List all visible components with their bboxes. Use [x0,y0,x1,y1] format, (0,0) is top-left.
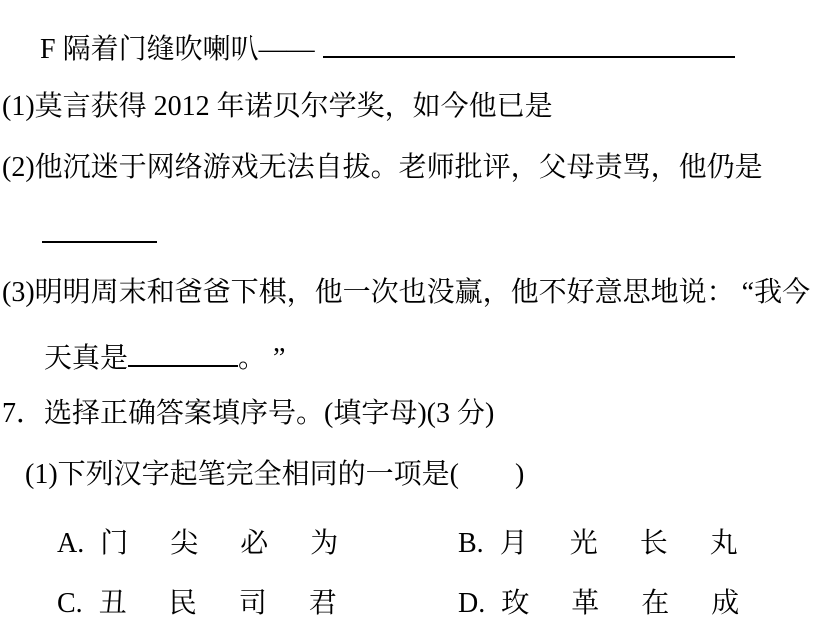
question-2: (2)他沉迷于网络游戏无法自拔。老师批评，父母责骂，他仍是 [0,151,833,185]
option-b-characters: 月 光 长 丸 [500,528,745,559]
question-7-heading-text: 7．选择正确答案填序号。(填字母)(3 分) [2,398,494,429]
question-2-blank-line [42,213,157,243]
option-c: C.丑 民 司 君 [57,587,344,621]
option-c-characters: 丑 民 司 君 [99,588,344,619]
question-3-blank-line [128,337,238,367]
question-3-text-line-1: (3)明明周末和爸爸下棋，他一次也没赢，他不好意思地说： “我今 [2,277,810,308]
options-row-cd: C.丑 民 司 君 D.玫 革 在 成 [0,587,833,621]
idiom-f-blank-line [323,28,735,58]
option-b: B.月 光 长 丸 [458,527,745,561]
option-c-label: C. [57,588,83,619]
question-3-line-1: (3)明明周末和爸爸下棋，他一次也没赢，他不好意思地说： “我今 [0,276,833,310]
question-3-text-suffix: 。 ” [238,343,285,374]
question-2-text: (2)他沉迷于网络游戏无法自拔。老师批评，父母责骂，他仍是 [2,152,763,183]
question-2-blank-row [0,213,833,252]
option-d: D.玫 革 在 成 [458,587,746,621]
question-7-heading: 7．选择正确答案填序号。(填字母)(3 分) [0,397,833,431]
question-7-item-1: (1)下列汉字起笔完全相同的一项是( ) [0,458,833,492]
option-d-label: D. [458,588,485,619]
question-1: (1)莫言获得 2012 年诺贝尔学奖，如今他已是 [0,90,833,124]
option-d-characters: 玫 革 在 成 [501,588,746,619]
question-1-text: (1)莫言获得 2012 年诺贝尔学奖，如今他已是 [2,91,553,122]
option-b-label: B. [458,528,484,559]
exam-page: F 隔着门缝吹喇叭—— (1)莫言获得 2012 年诺贝尔学奖，如今他已是 (2… [0,0,833,644]
option-a-characters: 门 尖 必 为 [100,528,345,559]
options-row-ab: A.门 尖 必 为 B.月 光 长 丸 [0,527,833,561]
idiom-line-f: F 隔着门缝吹喇叭—— [0,28,833,67]
idiom-f-text: F 隔着门缝吹喇叭—— [40,34,315,65]
question-7-item-1-text: (1)下列汉字起笔完全相同的一项是( ) [25,459,524,490]
option-a-label: A. [57,528,84,559]
option-a: A.门 尖 必 为 [57,527,345,561]
question-3-line-2: 天真是。 ” [0,337,833,376]
question-3-text-prefix: 天真是 [44,343,128,374]
